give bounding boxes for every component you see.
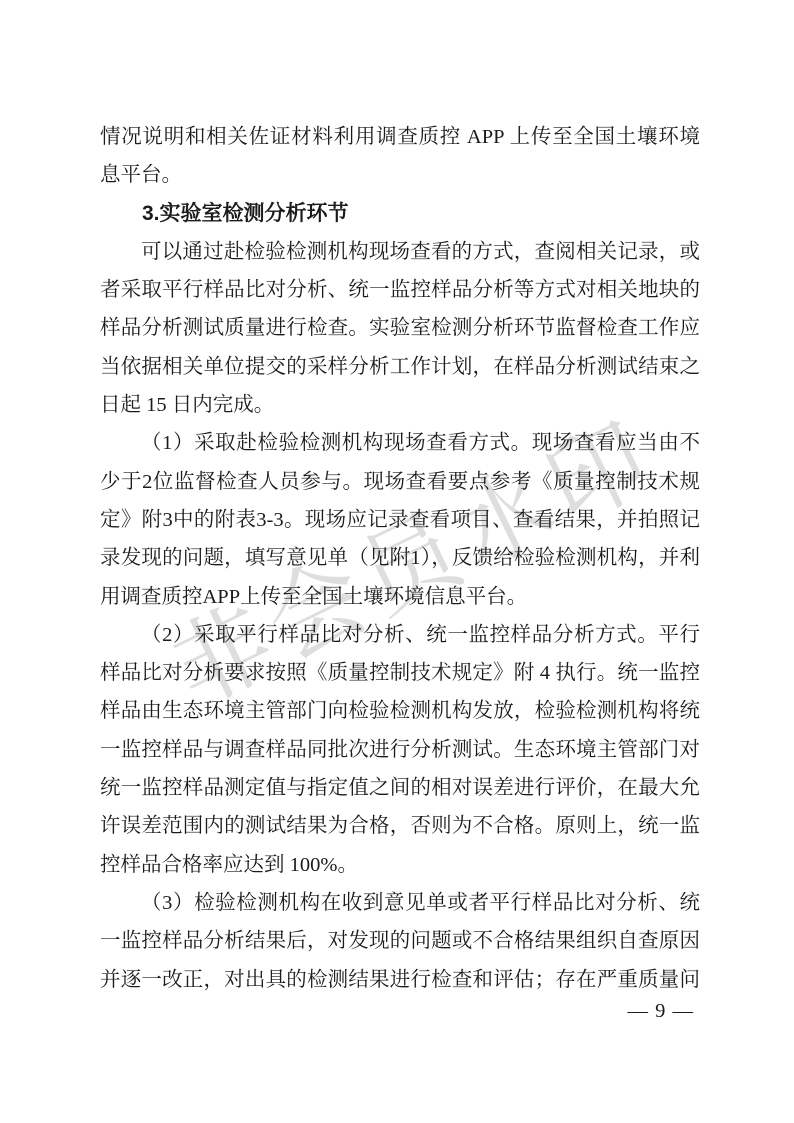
text-line: 定》附3中的附表3-3。现场应记录查看项目、查看结果，并拍照记 bbox=[100, 501, 700, 539]
text-line: 并逐一改正，对出具的检测结果进行检查和评估；存在严重质量问 bbox=[100, 961, 700, 999]
paragraph: （2）采取平行样品比对分析、统一监控样品分析方式。平行样品比对分析要求按照《质量… bbox=[100, 616, 700, 884]
text-line: 统一监控样品测定值与指定值之间的相对误差进行评价，在最大允 bbox=[100, 769, 700, 807]
text-line: 样品分析测试质量进行检查。实验室检测分析环节监督检查工作应 bbox=[100, 309, 700, 347]
paragraph: （1）采取赴检验检测机构现场查看方式。现场查看应当由不少于2位监督检查人员参与。… bbox=[100, 424, 700, 615]
text-line: 控样品合格率应达到 100%。 bbox=[100, 846, 700, 884]
text-line: 3.实验室检测分析环节 bbox=[100, 195, 700, 233]
text-line: 一监控样品与调查样品同批次进行分析测试。生态环境主管部门对 bbox=[100, 731, 700, 769]
text-line: 息平台。 bbox=[100, 156, 700, 194]
page-number: — 9 — bbox=[628, 1000, 695, 1022]
section-heading: 3.实验室检测分析环节 bbox=[100, 195, 700, 233]
document-body: 情况说明和相关佐证材料利用调查质控 APP 上传至全国土壤环境信息平台。3.实验… bbox=[100, 118, 700, 999]
text-line: 日起 15 日内完成。 bbox=[100, 386, 700, 424]
paragraph: 可以通过赴检验检测机构现场查看的方式，查阅相关记录，或者采取平行样品比对分析、统… bbox=[100, 233, 700, 424]
text-line: 样品由生态环境主管部门向检验检测机构发放，检验检测机构将统 bbox=[100, 692, 700, 730]
text-line: 当依据相关单位提交的采样分析工作计划，在样品分析测试结束之 bbox=[100, 348, 700, 386]
text-line: 录发现的问题，填写意见单（见附1），反馈给检验检测机构，并利 bbox=[100, 539, 700, 577]
text-line: 样品比对分析要求按照《质量控制技术规定》附 4 执行。统一监控 bbox=[100, 654, 700, 692]
document-page: 非会员水印 情况说明和相关佐证材料利用调查质控 APP 上传至全国土壤环境信息平… bbox=[0, 0, 794, 1123]
text-line: 情况说明和相关佐证材料利用调查质控 APP 上传至全国土壤环境信 bbox=[100, 118, 700, 156]
text-line: 可以通过赴检验检测机构现场查看的方式，查阅相关记录，或 bbox=[100, 233, 700, 271]
text-line: 少于2位监督检查人员参与。现场查看要点参考《质量控制技术规 bbox=[100, 463, 700, 501]
text-line: （1）采取赴检验检测机构现场查看方式。现场查看应当由不 bbox=[100, 424, 700, 462]
text-line: （3）检验检测机构在收到意见单或者平行样品比对分析、统 bbox=[100, 884, 700, 922]
text-line: 用调查质控APP上传至全国土壤环境信息平台。 bbox=[100, 578, 700, 616]
paragraph: 情况说明和相关佐证材料利用调查质控 APP 上传至全国土壤环境信息平台。 bbox=[100, 118, 700, 195]
text-line: （2）采取平行样品比对分析、统一监控样品分析方式。平行 bbox=[100, 616, 700, 654]
text-line: 一监控样品分析结果后，对发现的问题或不合格结果组织自查原因 bbox=[100, 922, 700, 960]
text-line: 许误差范围内的测试结果为合格，否则为不合格。原则上，统一监 bbox=[100, 807, 700, 845]
paragraph: （3）检验检测机构在收到意见单或者平行样品比对分析、统一监控样品分析结果后，对发… bbox=[100, 884, 700, 999]
text-line: 者采取平行样品比对分析、统一监控样品分析等方式对相关地块的 bbox=[100, 271, 700, 309]
